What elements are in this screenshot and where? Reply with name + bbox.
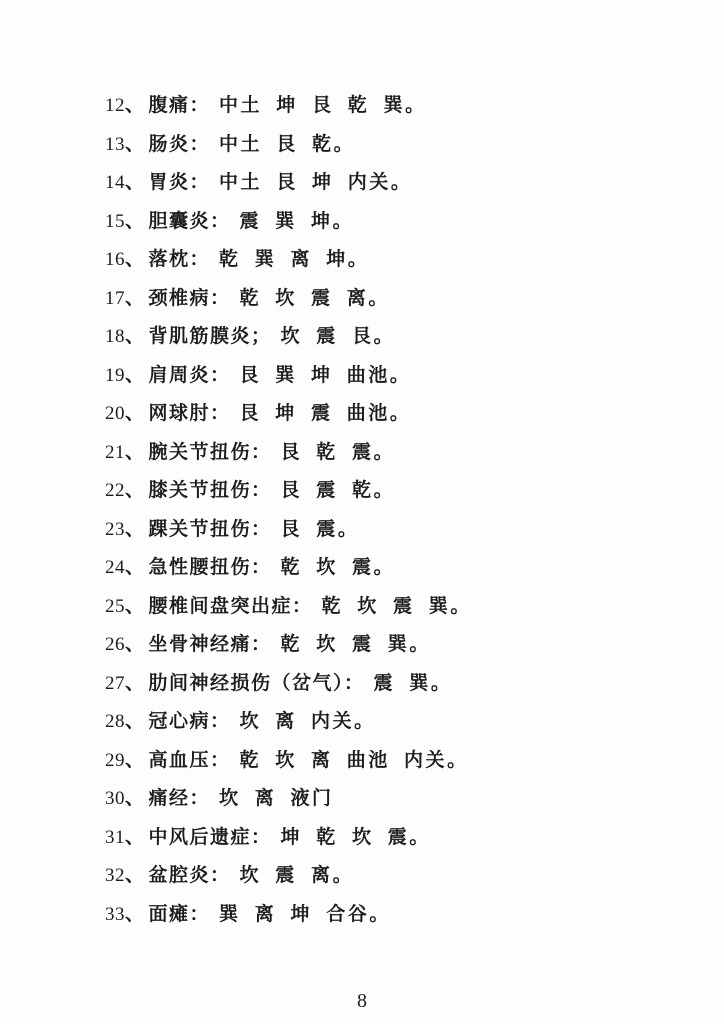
item-number: 17 bbox=[105, 288, 125, 309]
item-number: 27 bbox=[105, 673, 125, 694]
item-points: 艮 震 bbox=[281, 519, 338, 540]
item-period: 。 bbox=[374, 326, 393, 347]
item-condition-name: 坐骨神经痛 bbox=[149, 634, 252, 655]
item-condition-name: 痛经 bbox=[149, 788, 190, 809]
item-points: 中土 艮 坤 内关 bbox=[219, 172, 391, 193]
item-period: 。 bbox=[431, 673, 450, 694]
list-item: 20、网球肘：艮 坤 震 曲池。 bbox=[105, 395, 700, 434]
list-item: 28、冠心病：坎 离 内关。 bbox=[105, 703, 700, 742]
item-enum-comma: 、 bbox=[125, 442, 149, 463]
item-condition-name: 肠炎 bbox=[149, 134, 190, 155]
item-points: 震 巽 坤 bbox=[240, 211, 333, 232]
list-item: 17、颈椎病：乾 坎 震 离。 bbox=[105, 280, 700, 319]
item-colon: ： bbox=[210, 750, 240, 771]
item-condition-name: 冠心病 bbox=[149, 711, 211, 732]
item-points: 艮 坤 震 曲池 bbox=[240, 403, 390, 424]
item-period: 。 bbox=[374, 442, 393, 463]
list-item: 32、盆腔炎：坎 震 离。 bbox=[105, 857, 700, 896]
item-condition-name: 腰椎间盘突出症 bbox=[149, 596, 293, 617]
item-enum-comma: 、 bbox=[125, 326, 149, 347]
item-condition-name: 中风后遗症 bbox=[149, 827, 252, 848]
list-item: 21、腕关节扭伤：艮 乾 震。 bbox=[105, 434, 700, 473]
item-number: 26 bbox=[105, 634, 125, 655]
item-period: 。 bbox=[409, 827, 428, 848]
list-item: 15、胆囊炎：震 巽 坤。 bbox=[105, 203, 700, 242]
item-colon: ： bbox=[344, 673, 374, 694]
item-points: 乾 巽 离 坤 bbox=[219, 249, 348, 270]
item-colon: ： bbox=[251, 827, 281, 848]
item-points: 坎 震 艮 bbox=[281, 326, 374, 347]
item-condition-name: 膝关节扭伤 bbox=[149, 480, 252, 501]
item-enum-comma: 、 bbox=[125, 211, 149, 232]
item-colon: ： bbox=[210, 365, 240, 386]
item-number: 20 bbox=[105, 403, 125, 424]
item-colon: ： bbox=[190, 134, 220, 155]
item-period: 。 bbox=[333, 865, 352, 886]
list-item: 12、腹痛：中土 坤 艮 乾 巽。 bbox=[105, 87, 700, 126]
item-period: 。 bbox=[374, 557, 393, 578]
item-colon: ： bbox=[251, 519, 281, 540]
item-enum-comma: 、 bbox=[125, 788, 149, 809]
list-item: 30、痛经：坎 离 液门 bbox=[105, 780, 700, 819]
item-colon: ： bbox=[210, 711, 240, 732]
item-colon: ； bbox=[251, 326, 281, 347]
list-item: 27、肋间神经损伤（岔气）：震 巽。 bbox=[105, 665, 700, 704]
item-points: 乾 坎 震 巽 bbox=[322, 596, 451, 617]
list-item: 33、面瘫：巽 离 坤 合谷。 bbox=[105, 896, 700, 935]
item-colon: ： bbox=[190, 249, 220, 270]
item-condition-name: 颈椎病 bbox=[149, 288, 211, 309]
item-condition-name: 网球肘 bbox=[149, 403, 211, 424]
list-item: 22、膝关节扭伤：艮 震 乾。 bbox=[105, 472, 700, 511]
item-condition-name: 急性腰扭伤 bbox=[149, 557, 252, 578]
item-number: 33 bbox=[105, 904, 125, 925]
list-item: 23、踝关节扭伤：艮 震。 bbox=[105, 511, 700, 550]
item-colon: ： bbox=[210, 403, 240, 424]
item-points: 艮 震 乾 bbox=[281, 480, 374, 501]
item-points: 坎 震 离 bbox=[240, 865, 333, 886]
item-points: 中土 坤 艮 乾 巽 bbox=[219, 95, 405, 116]
item-enum-comma: 、 bbox=[125, 519, 149, 540]
item-points: 乾 坎 震 巽 bbox=[281, 634, 410, 655]
item-enum-comma: 、 bbox=[125, 134, 149, 155]
item-condition-name: 胃炎 bbox=[149, 172, 190, 193]
item-period: 。 bbox=[390, 403, 409, 424]
item-enum-comma: 、 bbox=[125, 480, 149, 501]
item-number: 31 bbox=[105, 827, 125, 848]
list-item: 24、急性腰扭伤：乾 坎 震。 bbox=[105, 549, 700, 588]
item-condition-name: 肩周炎 bbox=[149, 365, 211, 386]
item-enum-comma: 、 bbox=[125, 904, 149, 925]
item-points: 艮 巽 坤 曲池 bbox=[240, 365, 390, 386]
item-enum-comma: 、 bbox=[125, 750, 149, 771]
item-number: 15 bbox=[105, 211, 125, 232]
item-colon: ： bbox=[251, 480, 281, 501]
item-enum-comma: 、 bbox=[125, 827, 149, 848]
list-item: 13、肠炎：中土 艮 乾。 bbox=[105, 126, 700, 165]
item-colon: ： bbox=[190, 904, 220, 925]
item-enum-comma: 、 bbox=[125, 172, 149, 193]
item-points: 乾 坎 震 bbox=[281, 557, 374, 578]
list-item: 25、腰椎间盘突出症：乾 坎 震 巽。 bbox=[105, 588, 700, 627]
item-number: 12 bbox=[105, 95, 125, 116]
item-points: 艮 乾 震 bbox=[281, 442, 374, 463]
item-colon: ： bbox=[210, 865, 240, 886]
item-colon: ： bbox=[190, 788, 220, 809]
item-number: 29 bbox=[105, 750, 125, 771]
item-period: 。 bbox=[405, 95, 424, 116]
item-period: 。 bbox=[409, 634, 428, 655]
item-number: 22 bbox=[105, 480, 125, 501]
item-colon: ： bbox=[210, 288, 240, 309]
item-number: 18 bbox=[105, 326, 125, 347]
item-period: 。 bbox=[369, 904, 388, 925]
item-enum-comma: 、 bbox=[125, 634, 149, 655]
item-number: 13 bbox=[105, 134, 125, 155]
item-condition-name: 盆腔炎 bbox=[149, 865, 211, 886]
item-colon: ： bbox=[251, 442, 281, 463]
item-period: 。 bbox=[390, 365, 409, 386]
item-condition-name: 踝关节扭伤 bbox=[149, 519, 252, 540]
item-number: 24 bbox=[105, 557, 125, 578]
item-number: 16 bbox=[105, 249, 125, 270]
item-enum-comma: 、 bbox=[125, 403, 149, 424]
item-number: 32 bbox=[105, 865, 125, 886]
item-number: 21 bbox=[105, 442, 125, 463]
item-enum-comma: 、 bbox=[125, 673, 149, 694]
item-colon: ： bbox=[251, 634, 281, 655]
item-enum-comma: 、 bbox=[125, 288, 149, 309]
item-colon: ： bbox=[292, 596, 322, 617]
item-period: 。 bbox=[391, 172, 410, 193]
item-number: 19 bbox=[105, 365, 125, 386]
item-period: 。 bbox=[334, 134, 353, 155]
item-points: 坎 离 液门 bbox=[219, 788, 334, 809]
item-colon: ： bbox=[190, 172, 220, 193]
list-item: 16、落枕：乾 巽 离 坤。 bbox=[105, 241, 700, 280]
list-item: 29、高血压：乾 坎 离 曲池 内关。 bbox=[105, 742, 700, 781]
item-condition-name: 面瘫 bbox=[149, 904, 190, 925]
item-points: 坎 离 内关 bbox=[240, 711, 355, 732]
item-number: 30 bbox=[105, 788, 125, 809]
item-points: 巽 离 坤 合谷 bbox=[219, 904, 369, 925]
item-points: 乾 坎 离 曲池 内关 bbox=[240, 750, 448, 771]
list-item: 19、肩周炎：艮 巽 坤 曲池。 bbox=[105, 357, 700, 396]
item-period: 。 bbox=[348, 249, 367, 270]
item-period: 。 bbox=[338, 519, 357, 540]
item-period: 。 bbox=[333, 211, 352, 232]
item-condition-name: 背肌筋膜炎 bbox=[149, 326, 252, 347]
item-period: 。 bbox=[447, 750, 466, 771]
item-points: 坤 乾 坎 震 bbox=[281, 827, 410, 848]
item-condition-name: 胆囊炎 bbox=[149, 211, 211, 232]
list-item: 18、背肌筋膜炎；坎 震 艮。 bbox=[105, 318, 700, 357]
condition-list: 12、腹痛：中土 坤 艮 乾 巽。 13、肠炎：中土 艮 乾。 14、胃炎：中土… bbox=[105, 87, 700, 934]
item-condition-name: 腹痛 bbox=[149, 95, 190, 116]
item-condition-name: 落枕 bbox=[149, 249, 190, 270]
item-period: 。 bbox=[374, 480, 393, 501]
item-period: 。 bbox=[368, 288, 387, 309]
item-period: 。 bbox=[450, 596, 469, 617]
list-item: 31、中风后遗症：坤 乾 坎 震。 bbox=[105, 819, 700, 858]
item-enum-comma: 、 bbox=[125, 711, 149, 732]
item-condition-name: 肋间神经损伤（岔气） bbox=[149, 673, 345, 694]
item-period: 。 bbox=[354, 711, 373, 732]
item-number: 28 bbox=[105, 711, 125, 732]
item-enum-comma: 、 bbox=[125, 557, 149, 578]
item-number: 25 bbox=[105, 596, 125, 617]
item-enum-comma: 、 bbox=[125, 865, 149, 886]
item-number: 14 bbox=[105, 172, 125, 193]
item-colon: ： bbox=[210, 211, 240, 232]
item-number: 23 bbox=[105, 519, 125, 540]
item-condition-name: 高血压 bbox=[149, 750, 211, 771]
item-points: 中土 艮 乾 bbox=[219, 134, 334, 155]
list-item: 14、胃炎：中土 艮 坤 内关。 bbox=[105, 164, 700, 203]
list-item: 26、坐骨神经痛：乾 坎 震 巽。 bbox=[105, 626, 700, 665]
item-condition-name: 腕关节扭伤 bbox=[149, 442, 252, 463]
item-points: 乾 坎 震 离 bbox=[240, 288, 369, 309]
page-number: 8 bbox=[0, 990, 724, 1013]
item-enum-comma: 、 bbox=[125, 249, 149, 270]
item-enum-comma: 、 bbox=[125, 95, 149, 116]
document-page: 12、腹痛：中土 坤 艮 乾 巽。 13、肠炎：中土 艮 乾。 14、胃炎：中土… bbox=[0, 0, 724, 1024]
item-points: 震 巽 bbox=[374, 673, 431, 694]
item-enum-comma: 、 bbox=[125, 596, 149, 617]
item-colon: ： bbox=[251, 557, 281, 578]
item-colon: ： bbox=[190, 95, 220, 116]
item-enum-comma: 、 bbox=[125, 365, 149, 386]
